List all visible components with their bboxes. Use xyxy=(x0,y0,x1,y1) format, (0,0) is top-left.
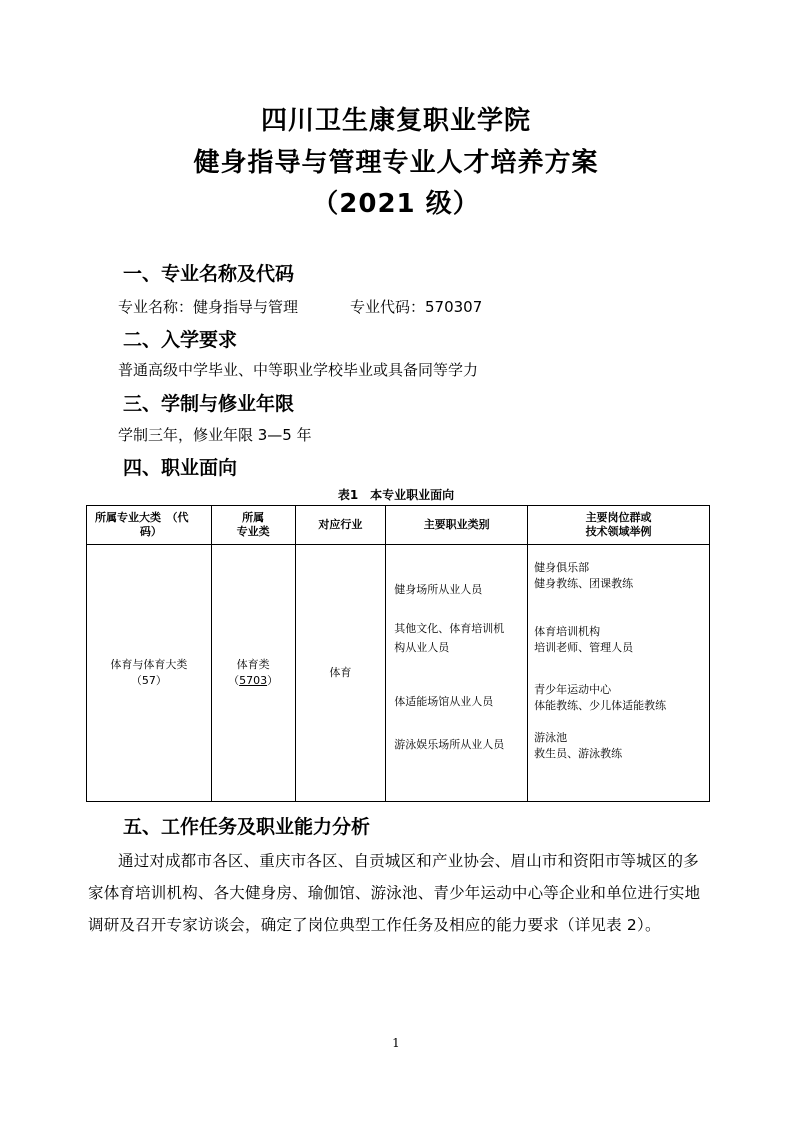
position-group: 健身俱乐部 xyxy=(534,560,705,576)
program-name: 专业名称：健身指导与管理 xyxy=(118,296,298,317)
header-text: 所属 xyxy=(216,511,291,525)
position-roles: 体能教练、少儿体适能教练 xyxy=(534,698,705,714)
position-group: 游泳池 xyxy=(534,730,705,746)
occupation-item-cont: 构从业人员 xyxy=(394,638,523,657)
occupation-item: 其他文化、体育培训机 xyxy=(394,619,523,638)
paragraph-line: 调研及召开专家访谈会，确定了岗位典型工作任务及相应的能力要求（详见表 2）。 xyxy=(88,913,661,935)
header-text: 专业类 xyxy=(216,525,291,539)
header-text: 主要岗位群或 xyxy=(532,511,705,525)
position-group: 体育培训机构 xyxy=(534,624,705,640)
section-4-heading: 四、职业面向 xyxy=(123,453,237,480)
occupation-table: 所属专业大类 （代 码） 所属 专业类 对应行业 主要职业类别 主要岗位群或 技… xyxy=(86,505,710,802)
cohort-label: （2021 级） xyxy=(0,183,792,220)
paragraph-line: 通过对成都市各区、重庆市各区、自贡城区和产业协会、眉山市和资阳市等城区的多 xyxy=(118,849,699,871)
section-1-heading: 一、专业名称及代码 xyxy=(123,259,294,286)
header-cell: 所属 专业类 xyxy=(211,506,295,545)
header-text: 码） xyxy=(95,525,207,539)
header-cell: 对应行业 xyxy=(295,506,386,545)
industry-cell: 体育 xyxy=(295,545,386,802)
header-text: 技术领域举例 xyxy=(532,525,705,539)
subcategory-name: 体育类 xyxy=(216,657,291,673)
occupation-item: 游泳娱乐场所从业人员 xyxy=(394,735,523,754)
section-5-heading: 五、工作任务及职业能力分析 xyxy=(123,812,370,839)
header-cell: 主要岗位群或 技术领域举例 xyxy=(528,506,710,545)
position-roles: 培训老师、管理人员 xyxy=(534,640,705,656)
position-roles: 健身教练、团课教练 xyxy=(534,576,705,592)
position-roles: 救生员、游泳教练 xyxy=(534,746,705,762)
subcategory-cell: 体育类 （5703） xyxy=(211,545,295,802)
header-text: 主要职业类别 xyxy=(390,518,523,532)
section-3-heading: 三、学制与修业年限 xyxy=(123,389,294,416)
admission-requirement: 普通高级中学毕业、中等职业学校毕业或具备同等学力 xyxy=(118,359,478,380)
table-header-row: 所属专业大类 （代 码） 所属 专业类 对应行业 主要职业类别 主要岗位群或 技… xyxy=(87,506,710,545)
program-code: 专业代码：570307 xyxy=(350,296,482,317)
occupation-item: 体适能场馆从业人员 xyxy=(394,692,523,711)
category-cell: 体育与体育大类 （57） xyxy=(87,545,212,802)
header-cell: 主要职业类别 xyxy=(386,506,528,545)
position-group: 青少年运动中心 xyxy=(534,682,705,698)
positions-cell: 健身俱乐部 健身教练、团课教练 体育培训机构 培训老师、管理人员 青少年运动中心… xyxy=(528,545,710,802)
subcategory-code: （5703） xyxy=(216,673,291,689)
industry-name: 体育 xyxy=(300,665,382,681)
header-text: 所属专业大类 （代 xyxy=(95,511,207,525)
occupation-item: 健身场所从业人员 xyxy=(394,580,523,599)
duration-text: 学制三年，修业年限 3—5 年 xyxy=(118,424,312,445)
header-text: 对应行业 xyxy=(300,518,382,532)
program-title: 健身指导与管理专业人才培养方案 xyxy=(0,142,792,179)
header-cell: 所属专业大类 （代 码） xyxy=(87,506,212,545)
table-row: 体育与体育大类 （57） 体育类 （5703） 体育 健身场所从业人员 其他文化… xyxy=(87,545,710,802)
section-2-heading: 二、入学要求 xyxy=(123,325,237,352)
paragraph-line: 家体育培训机构、各大健身房、瑜伽馆、游泳池、青少年运动中心等企业和单位进行实地 xyxy=(88,881,700,903)
occupations-cell: 健身场所从业人员 其他文化、体育培训机 构从业人员 体适能场馆从业人员 游泳娱乐… xyxy=(386,545,528,802)
table-caption: 表1 本专业职业面向 xyxy=(0,486,792,503)
category-name: 体育与体育大类 xyxy=(91,657,207,673)
category-code: （57） xyxy=(91,673,207,689)
page-number: 1 xyxy=(0,1036,792,1050)
institution-title: 四川卫生康复职业学院 xyxy=(0,100,792,137)
